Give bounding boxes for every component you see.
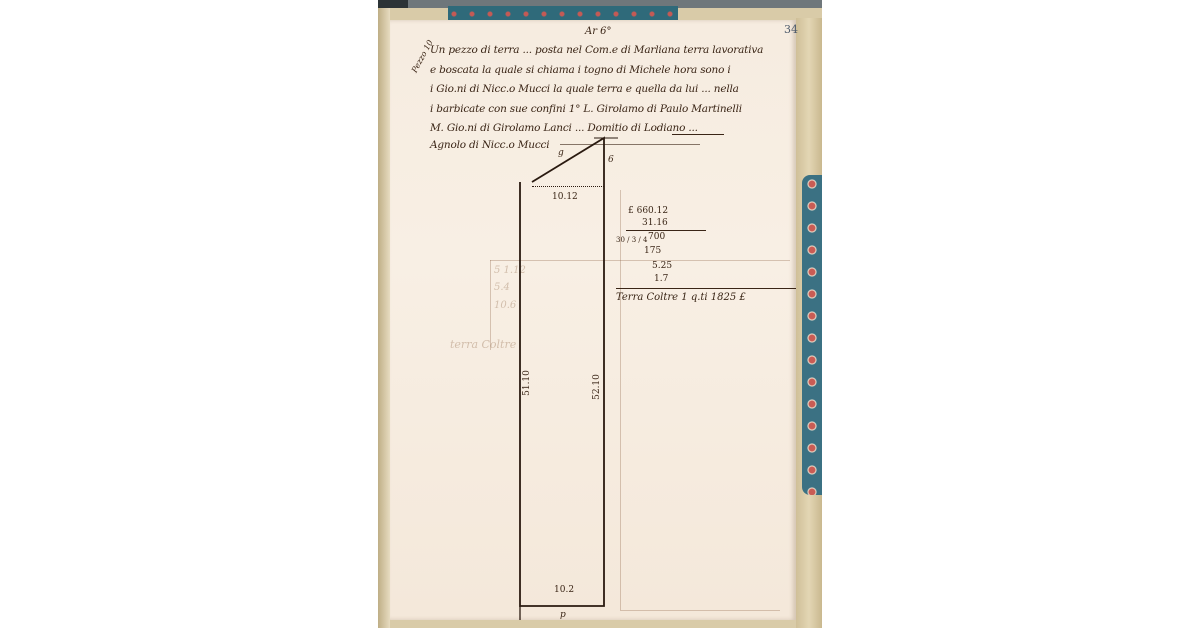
diagram-right-top-label: 6: [608, 155, 614, 165]
diagram-left-length: 51.10: [522, 370, 532, 396]
calc-rule-1: [626, 230, 706, 231]
calc-line-4: 175: [644, 246, 661, 256]
diagram-top-label: g: [558, 148, 564, 158]
calc-line-3: 700: [648, 232, 665, 242]
diagram-right-length: 52.10: [592, 374, 602, 400]
calc-rule-2: [616, 288, 796, 289]
diagram-bottom-width: 10.2: [554, 585, 574, 595]
manuscript-page: 5 1.12 5.4 10.6 terra Coltre 34 Ar 6° Pe…: [390, 20, 796, 620]
calc-line-1: £ 660.12: [628, 206, 668, 216]
binding-left: [378, 8, 390, 628]
calc-line-5: 5.25: [652, 261, 672, 271]
manuscript-scan: 5 1.12 5.4 10.6 terra Coltre 34 Ar 6° Pe…: [378, 0, 822, 628]
calc-total: Terra Coltre 1 q.ti 1825 £: [616, 292, 746, 303]
calc-side-note: 30 / 3 / 4: [616, 236, 647, 244]
diagram-bottom-letter: p: [560, 610, 566, 620]
field-outline-icon: [390, 20, 796, 620]
marbled-endpaper-right: [802, 175, 822, 495]
top-dotted-line: [532, 186, 604, 187]
calc-line-2: 31.16: [642, 218, 668, 228]
calc-line-6: 1.7: [654, 274, 668, 284]
diagram-top-width: 10.12: [552, 192, 578, 202]
